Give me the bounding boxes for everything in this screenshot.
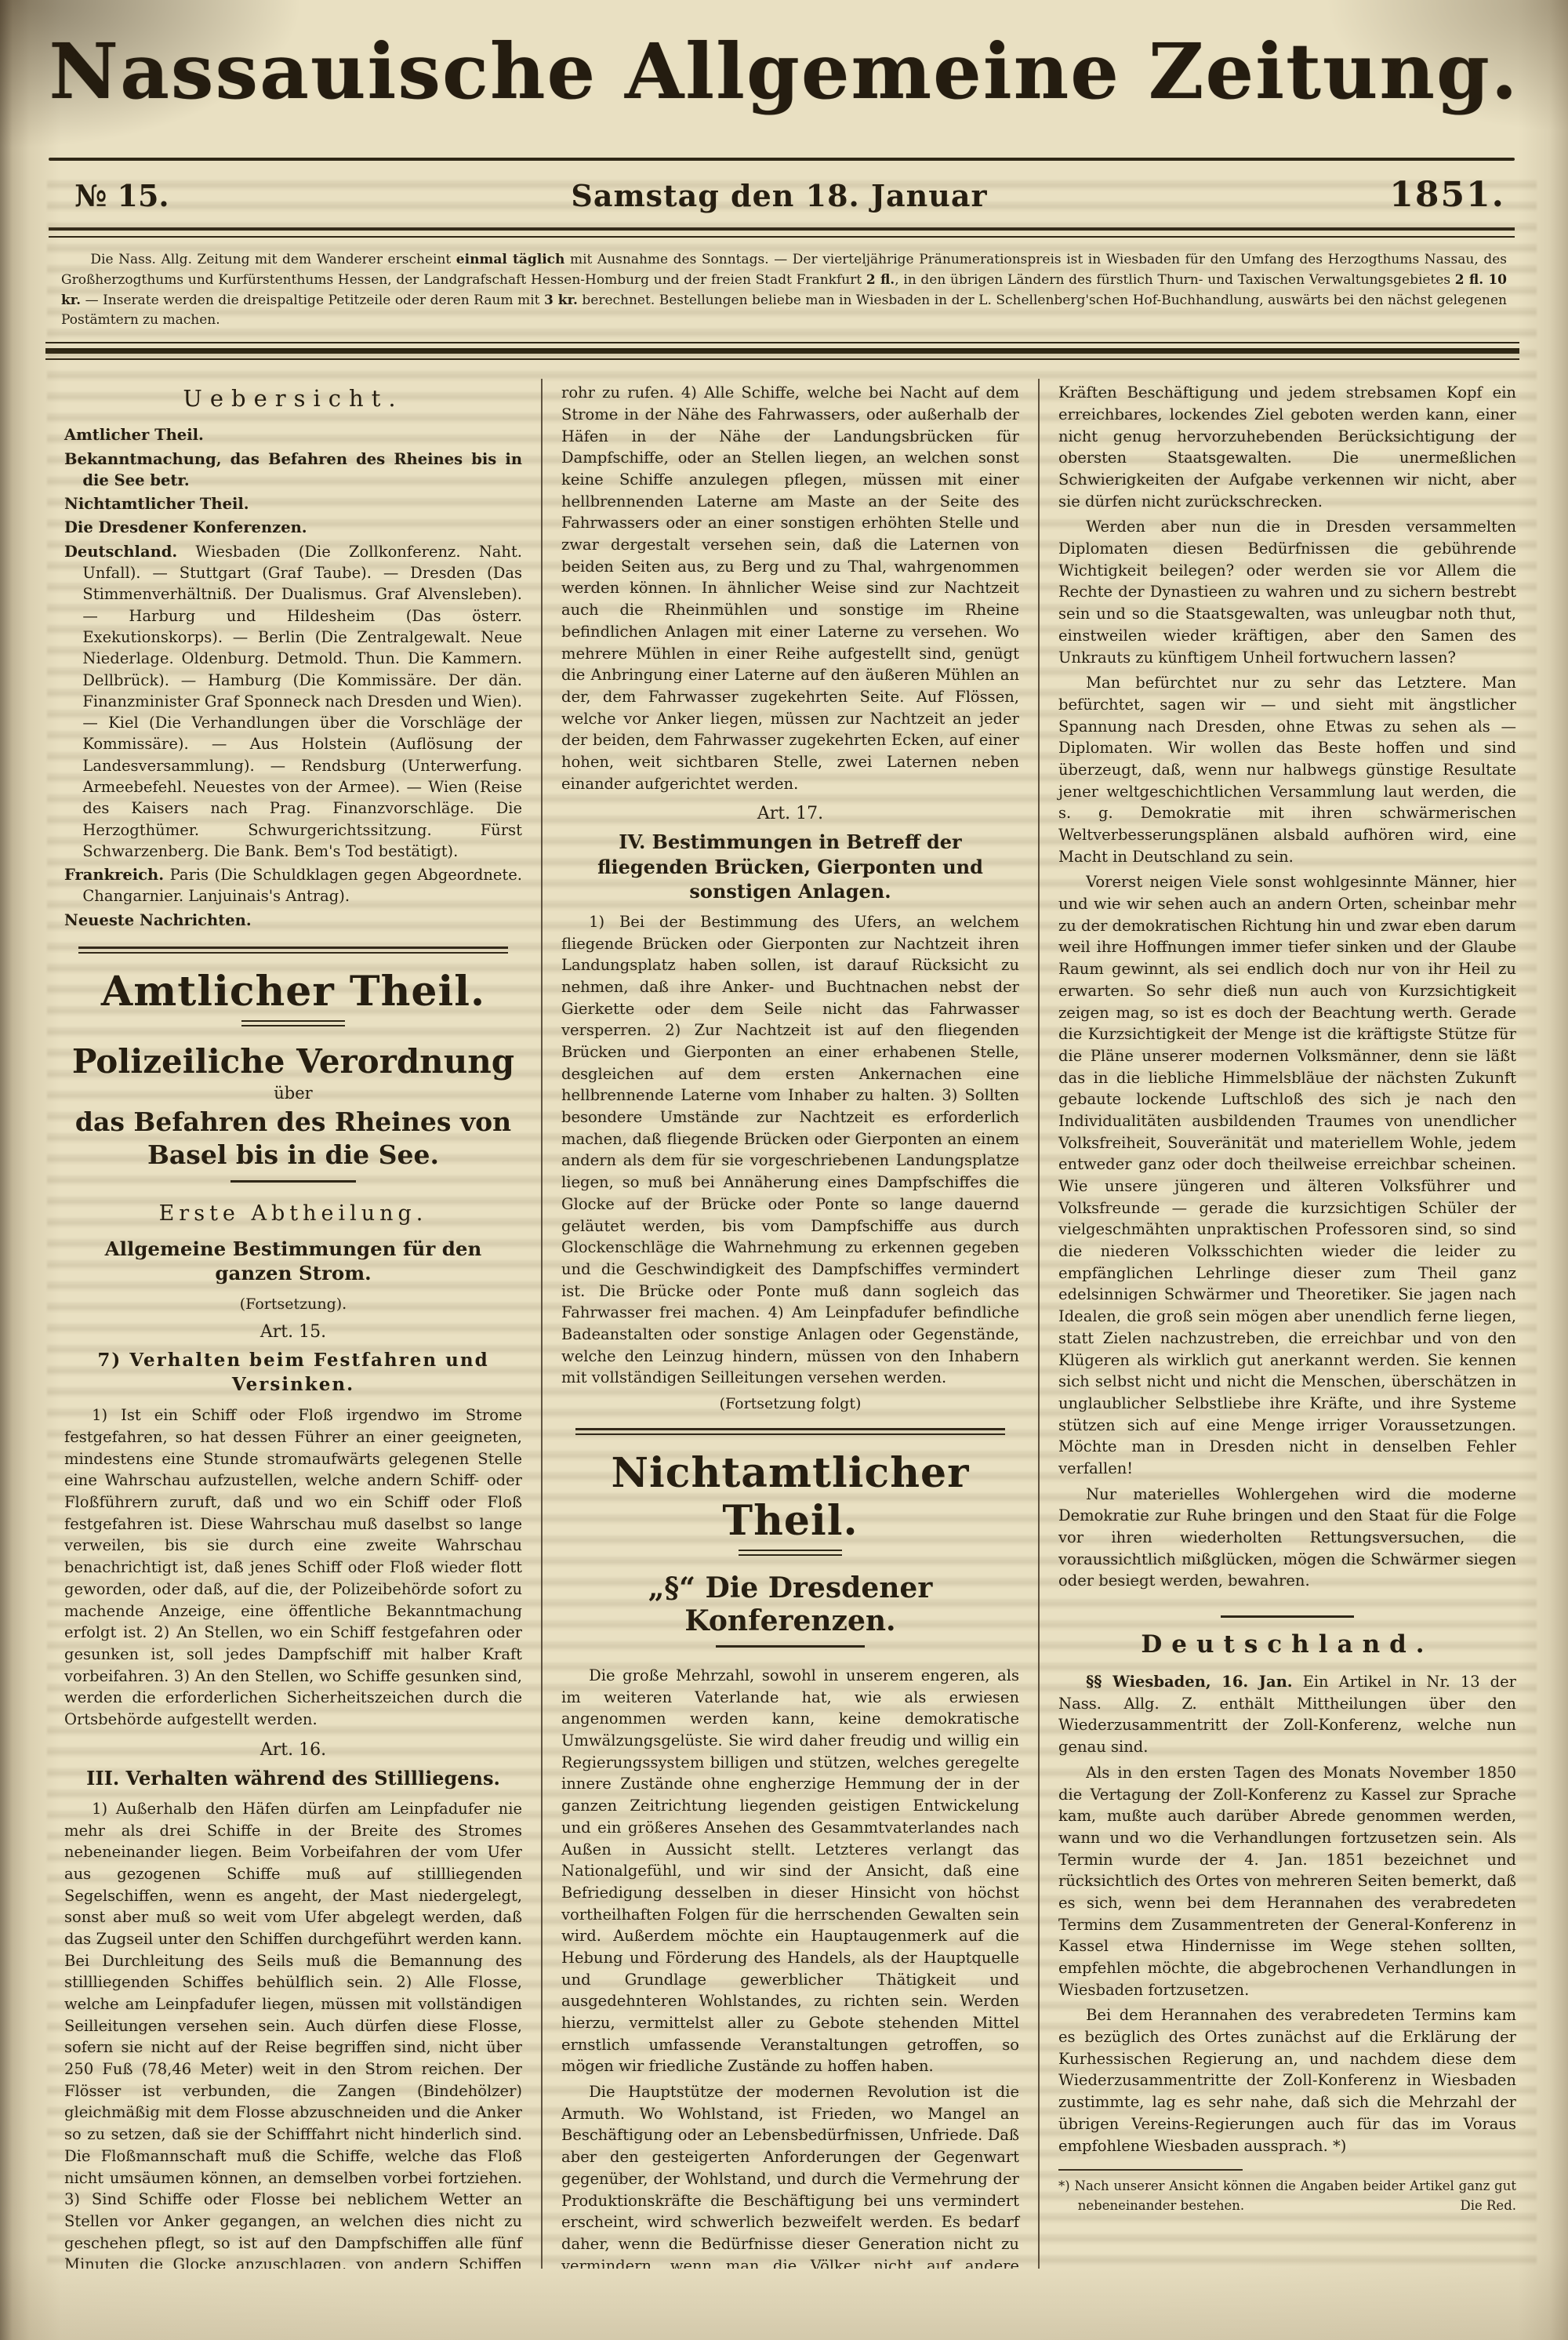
article-paragraph: Werden aber nun die in Dresden versammel… xyxy=(1058,516,1516,668)
notice-segment-bold: 3 kr. xyxy=(544,292,578,308)
article-paragraph-continuation: rohr zu rufen. 4) Alle Schiffe, welche b… xyxy=(561,382,1019,794)
germany-section-heading: Deutschland. xyxy=(1058,1630,1516,1659)
dateline: № 15. Samstag den 18. Januar 1851. xyxy=(0,161,1568,224)
decree-title: Polizeiliche Verordnung xyxy=(64,1042,522,1081)
issue-number: № 15. xyxy=(74,178,169,213)
column-3: Kräften Beschäftigung und jedem strebsam… xyxy=(1038,379,1535,2269)
article-paragraph: §§ Wiesbaden, 16. Jan. Ein Artikel in Nr… xyxy=(1058,1671,1516,1758)
article-paragraph: Die große Mehrzahl, sowohl in unserem en… xyxy=(561,1665,1019,2077)
article-paragraph: Nur materielles Wohlergehen wird die mod… xyxy=(1058,1484,1516,1592)
column-1: Uebersicht. Amtlicher Theil. Bekanntmach… xyxy=(45,379,541,2269)
overview-title: Uebersicht. xyxy=(64,385,522,412)
issue-year: 1851. xyxy=(1389,175,1505,215)
overview-item-label: Nichtamtlicher Theil. xyxy=(64,495,249,513)
overview-item: Nichtamtlicher Theil. xyxy=(64,493,522,514)
footnote-signature: Die Red. xyxy=(1479,2196,1516,2216)
heading-rule xyxy=(739,1550,842,1556)
footnote: *) Nach unserer Ansicht können die Angab… xyxy=(1058,2177,1516,2216)
article-paragraph: Vorerst neigen Viele sonst wohlgesinnte … xyxy=(1058,871,1516,1479)
section-divider xyxy=(1221,1615,1354,1618)
overview-item-label: Die Dresdener Konferenzen. xyxy=(64,518,307,536)
notice-segment-bold: einmal täglich xyxy=(456,252,565,267)
section-divider xyxy=(575,1428,1006,1435)
article-paragraph: Als in den ersten Tagen des Monats Novem… xyxy=(1058,1762,1516,2001)
notice-segment-bold: 2 fl. xyxy=(866,272,895,288)
decree-title-connector: über xyxy=(64,1084,522,1103)
article-heading: III. Verhalten während des Stillliegens. xyxy=(64,1766,522,1790)
overview-item: Amtlicher Theil. xyxy=(64,424,522,445)
overview-item-text: Wiesbaden (Die Zollkonferenz. Naht. Unfa… xyxy=(82,543,522,860)
article-paragraph: 1) Außerhalb den Häfen dürfen am Leinpfa… xyxy=(64,1798,522,2269)
continuation-note: (Fortsetzung). xyxy=(64,1295,522,1313)
part-heading: Erste Abtheilung. xyxy=(64,1201,522,1226)
notice-segment: , in den übrigen Ländern des fürstlich T… xyxy=(895,272,1455,288)
overview-item-label: Bekanntmachung, das Befahren des Rheines… xyxy=(64,450,522,489)
overview-item: Bekanntmachung, das Befahren des Rheines… xyxy=(64,449,522,492)
overview-item-label: Frankreich. xyxy=(64,866,164,884)
article-label: Art. 15. xyxy=(64,1322,522,1342)
notice-segment: Die Nass. Allg. Zeitung mit dem Wanderer… xyxy=(90,252,456,267)
unofficial-section-heading: Nichtamtlicher Theil. xyxy=(561,1449,1019,1545)
column-area: Uebersicht. Amtlicher Theil. Bekanntmach… xyxy=(45,379,1535,2269)
issue-date: Samstag den 18. Januar xyxy=(169,178,1390,213)
article-paragraph: 1) Ist ein Schiff oder Floß irgendwo im … xyxy=(64,1404,522,1730)
overview-item-label: Amtlicher Theil. xyxy=(64,426,204,444)
dateline-lead: §§ Wiesbaden, 16. Jan. xyxy=(1086,1673,1293,1691)
continuation-note: (Fortsetzung folgt) xyxy=(561,1395,1019,1412)
article-paragraph: Die Hauptstütze der modernen Revolution … xyxy=(561,2081,1019,2269)
feature-article-title: „§“ Die Dresdener Konferenzen. xyxy=(561,1572,1019,1637)
dateline-divider xyxy=(49,227,1515,238)
overview-item-label: Deutschland. xyxy=(64,543,177,561)
overview-item-label: Neueste Nachrichten. xyxy=(64,911,252,929)
subpart-heading: Allgemeine Bestimmungen für den ganzen S… xyxy=(64,1237,522,1287)
article-label: Art. 16. xyxy=(64,1740,522,1760)
heading-rule xyxy=(230,1180,356,1183)
official-section-heading: Amtlicher Theil. xyxy=(64,968,522,1016)
article-paragraph: Man befürchtet nur zu sehr das Letztere.… xyxy=(1058,672,1516,867)
newspaper-title: Nassauische Allgemeine Zeitung. xyxy=(0,20,1568,123)
heading-rule xyxy=(241,1020,345,1026)
overview-item: Deutschland. Wiesbaden (Die Zollkonferen… xyxy=(64,541,522,862)
footnote-rule xyxy=(1058,2169,1243,2171)
section-divider xyxy=(78,947,509,954)
article-paragraph: Bei dem Herannahen des verabredeten Term… xyxy=(1058,2004,1516,2157)
newspaper-page: Nassauische Allgemeine Zeitung. № 15. Sa… xyxy=(0,0,1568,2340)
overview-item: Die Dresdener Konferenzen. xyxy=(64,517,522,538)
article-paragraph: 1) Bei der Bestimmung des Ufers, an welc… xyxy=(561,911,1019,1389)
article-label: Art. 17. xyxy=(561,804,1019,823)
article-heading: IV. Bestimmungen in Betreff der fliegend… xyxy=(561,830,1019,903)
heading-rule xyxy=(716,1645,865,1648)
decree-subject: das Befahren des Rheines von Basel bis i… xyxy=(64,1106,522,1172)
subscription-notice: Die Nass. Allg. Zeitung mit dem Wanderer… xyxy=(61,250,1507,331)
overview-item: Neueste Nachrichten. xyxy=(64,910,522,931)
notice-segment: — Inserate werden die dreispaltige Petit… xyxy=(81,292,544,308)
article-heading: 7) Verhalten beim Festfahren und Versink… xyxy=(64,1348,522,1397)
footnote-text: *) Nach unserer Ansicht können die Angab… xyxy=(1058,2178,1516,2213)
article-paragraph-continuation: Kräften Beschäftigung und jedem strebsam… xyxy=(1058,382,1516,512)
column-2: rohr zu rufen. 4) Alle Schiffe, welche b… xyxy=(541,379,1038,2269)
masthead: Nassauische Allgemeine Zeitung. xyxy=(0,0,1568,123)
footnote-block: *) Nach unserer Ansicht können die Angab… xyxy=(1058,2169,1516,2216)
notice-divider xyxy=(45,342,1519,360)
overview-item: Frankreich. Paris (Die Schuldklagen gege… xyxy=(64,864,522,907)
